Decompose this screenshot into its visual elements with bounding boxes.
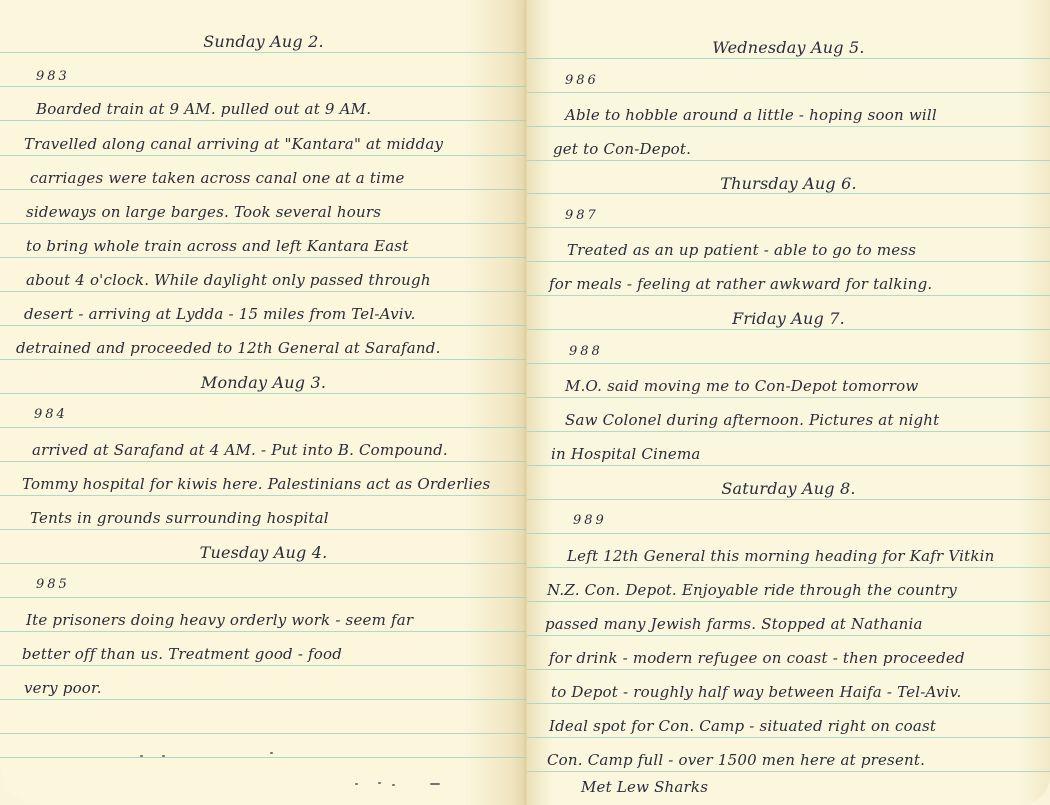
ruled-line <box>527 465 1050 466</box>
entry-line: for drink - modern refugee on coast - th… <box>549 651 965 666</box>
ruled-line <box>527 533 1050 534</box>
ruled-line <box>0 427 527 428</box>
entry-line: for meals - feeling at rather awkward fo… <box>549 277 932 292</box>
ruled-line <box>0 393 527 394</box>
entry-line: Travelled along canal arriving at "Kanta… <box>24 137 443 152</box>
entry-number: 985 <box>36 578 70 591</box>
entry-line: Tommy hospital for kiwis here. Palestini… <box>22 477 490 492</box>
ruled-line <box>0 223 527 224</box>
entry-heading: Monday Aug 3. <box>0 375 527 391</box>
ruled-line <box>527 669 1050 670</box>
right-page: Wednesday Aug 5. 986 Able to hobble arou… <box>527 0 1050 805</box>
entry-line: Able to hobble around a little - hoping … <box>565 108 937 123</box>
entry-number: 989 <box>573 514 607 527</box>
entry-line: Boarded train at 9 AM. pulled out at 9 A… <box>36 102 371 117</box>
ink-speck <box>378 782 381 784</box>
ruled-line <box>0 120 527 121</box>
ruled-line <box>527 601 1050 602</box>
entry-line: very poor. <box>24 681 102 696</box>
ruled-line <box>527 160 1050 161</box>
ruled-line <box>527 329 1050 330</box>
entry-line: passed many Jewish farms. Stopped at Nat… <box>545 617 923 632</box>
entry-line: Left 12th General this morning heading f… <box>567 549 994 564</box>
ruled-line <box>0 461 527 462</box>
ruled-line <box>0 359 527 360</box>
entry-heading: Wednesday Aug 5. <box>527 40 1050 56</box>
entry-number: 987 <box>565 209 599 222</box>
ruled-line <box>0 291 527 292</box>
ruled-line <box>0 597 527 598</box>
entry-line: N.Z. Con. Depot. Enjoyable ride through … <box>547 583 957 598</box>
ruled-line <box>527 431 1050 432</box>
ruled-line <box>527 193 1050 194</box>
entry-number: 983 <box>36 70 70 83</box>
left-page: Sunday Aug 2. 983 Boarded train at 9 AM.… <box>0 0 527 805</box>
ruled-line <box>527 703 1050 704</box>
ruled-line <box>527 92 1050 93</box>
entry-heading: Saturday Aug 8. <box>527 481 1050 497</box>
ruled-line <box>0 665 527 666</box>
ink-speck <box>270 752 273 754</box>
entry-number: 986 <box>565 74 599 87</box>
entry-line: in Hospital Cinema <box>551 447 701 462</box>
entry-line: get to Con-Depot. <box>553 142 691 157</box>
entry-line: Met Lew Sharks <box>581 780 708 795</box>
entry-line: Tents in grounds surrounding hospital <box>30 511 329 526</box>
ruled-line <box>527 58 1050 59</box>
ruled-line <box>527 227 1050 228</box>
ruled-line <box>0 529 527 530</box>
diary-spread: Sunday Aug 2. 983 Boarded train at 9 AM.… <box>0 0 1050 805</box>
ruled-line <box>0 631 527 632</box>
ruled-line <box>0 189 527 190</box>
entry-line: Ite prisoners doing heavy orderly work -… <box>26 613 413 628</box>
entry-line: Ideal spot for Con. Camp - situated righ… <box>549 719 936 734</box>
entry-line: Treated as an up patient - able to go to… <box>567 243 916 258</box>
entry-line: to bring whole train across and left Kan… <box>26 239 409 254</box>
entry-line: about 4 o'clock. While daylight only pas… <box>26 273 431 288</box>
ink-speck <box>140 755 143 757</box>
ruled-line <box>0 325 527 326</box>
ruled-line <box>527 567 1050 568</box>
ink-speck <box>430 783 440 785</box>
ruled-line <box>527 363 1050 364</box>
ruled-line <box>527 295 1050 296</box>
ruled-line <box>0 52 527 53</box>
ruled-line <box>0 257 527 258</box>
ruled-line <box>527 261 1050 262</box>
entry-heading: Thursday Aug 6. <box>527 176 1050 192</box>
ruled-line <box>527 771 1050 772</box>
ruled-line <box>0 86 527 87</box>
ruled-line <box>527 737 1050 738</box>
ruled-line <box>527 397 1050 398</box>
entry-number: 984 <box>34 408 68 421</box>
entry-line: better off than us. Treatment good - foo… <box>22 647 342 662</box>
ruled-line <box>0 699 527 700</box>
ink-speck <box>162 755 165 757</box>
ruled-line <box>527 499 1050 500</box>
entry-line: to Depot - roughly half way between Haif… <box>551 685 962 700</box>
ruled-line <box>0 563 527 564</box>
ruled-line <box>0 155 527 156</box>
entry-line: carriages were taken across canal one at… <box>30 171 405 186</box>
ruled-line <box>527 635 1050 636</box>
entry-line: desert - arriving at Lydda - 15 miles fr… <box>24 307 416 322</box>
entry-heading: Sunday Aug 2. <box>0 34 527 50</box>
entry-line: Con. Camp full - over 1500 men here at p… <box>547 753 925 768</box>
entry-line: sideways on large barges. Took several h… <box>26 205 381 220</box>
ruled-line <box>527 126 1050 127</box>
ruled-line <box>0 757 527 758</box>
entry-line: M.O. said moving me to Con-Depot tomorro… <box>565 379 918 394</box>
entry-line: Saw Colonel during afternoon. Pictures a… <box>565 413 939 428</box>
entry-heading: Tuesday Aug 4. <box>0 545 527 561</box>
ink-speck <box>355 783 358 785</box>
ruled-line <box>0 733 527 734</box>
entry-line: detrained and proceeded to 12th General … <box>16 341 441 356</box>
entry-line: arrived at Sarafand at 4 AM. - Put into … <box>32 443 448 458</box>
ruled-line <box>0 495 527 496</box>
entry-number: 988 <box>569 345 603 358</box>
ink-speck <box>392 784 395 786</box>
entry-heading: Friday Aug 7. <box>527 311 1050 327</box>
